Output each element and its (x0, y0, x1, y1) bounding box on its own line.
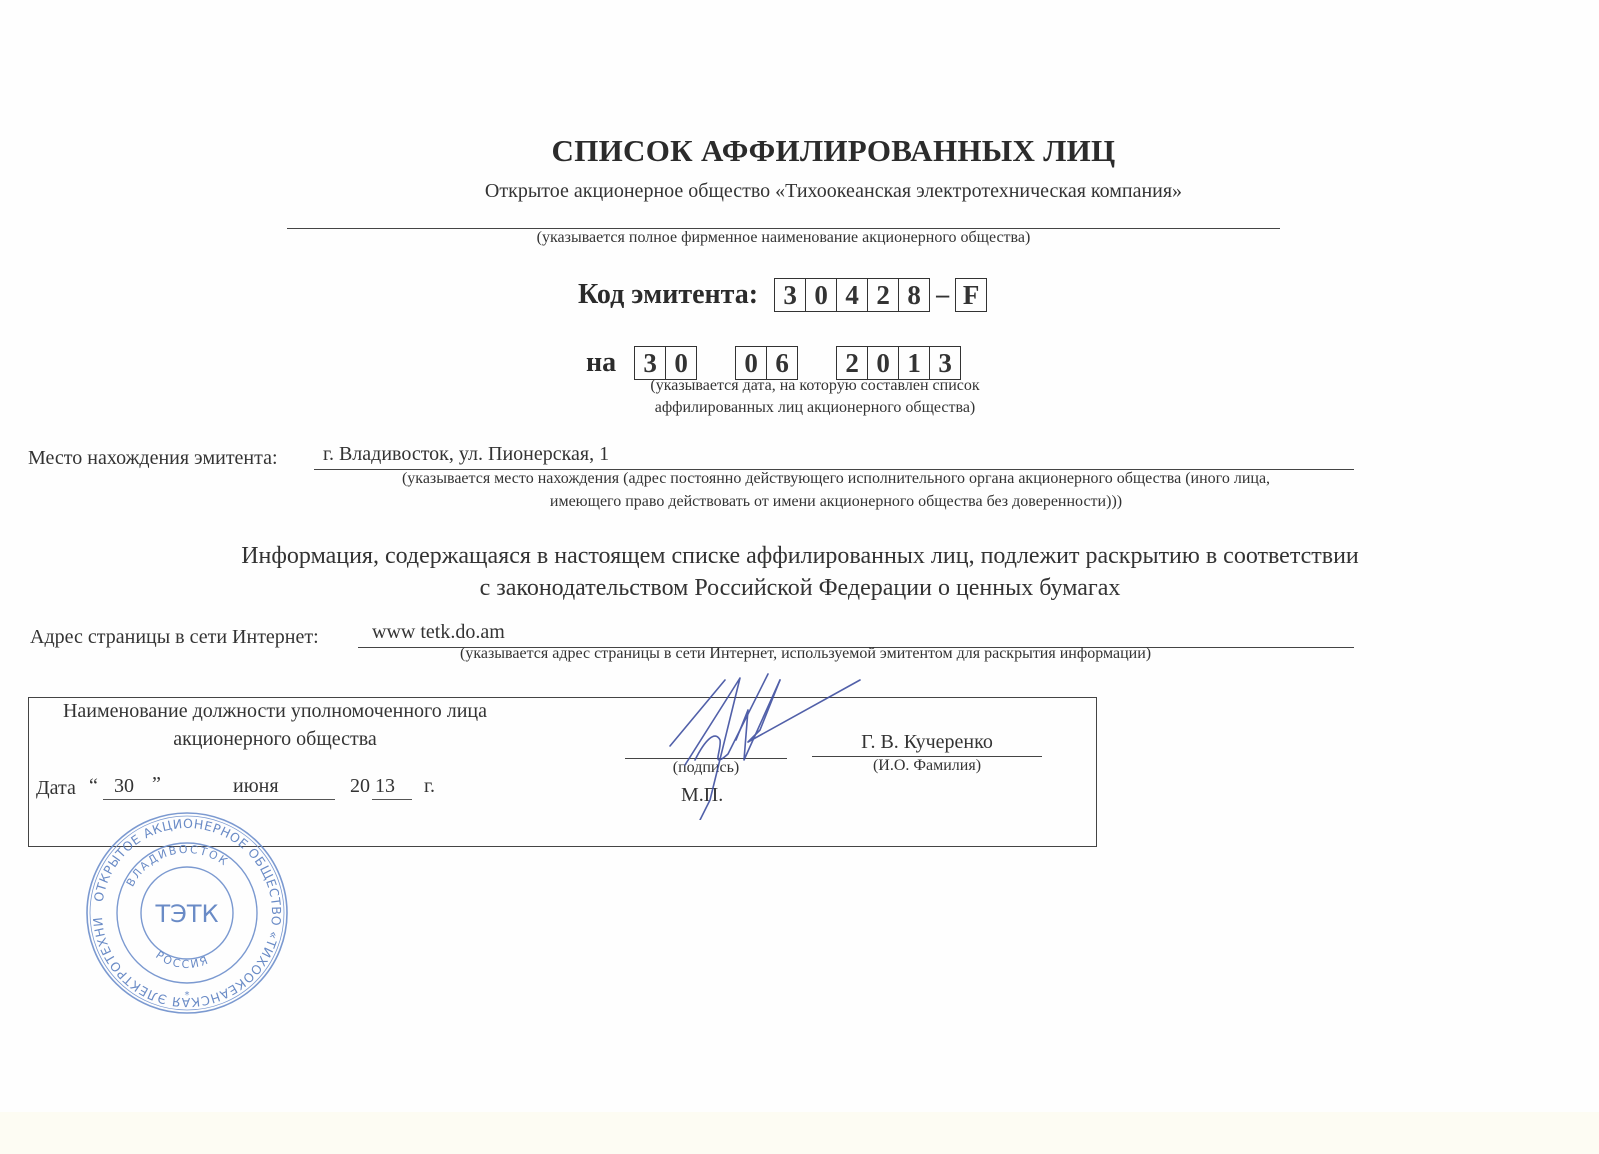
company-name: Открытое акционерное общество «Тихоокеан… (0, 180, 1599, 203)
date-underline (103, 799, 335, 800)
issuer-code-digit: 2 (868, 279, 899, 311)
position-label: Наименование должности уполномоченного л… (30, 697, 520, 753)
issuer-code-suffix-box: F (955, 278, 987, 312)
issuer-code-separator: – (936, 280, 949, 310)
website-value: www tetk.do.am (372, 621, 505, 644)
as-of-date-hint: (указывается дата, на которую составлен … (605, 375, 1025, 419)
website-hint: (указывается адрес страницы в сети Интер… (460, 645, 1151, 663)
issuer-code-digit: 3 (775, 279, 806, 311)
year-unit: г. (424, 775, 435, 798)
issuer-code-digit: 4 (837, 279, 868, 311)
date-label: Дата (36, 777, 76, 800)
handwritten-signature-icon (640, 670, 880, 820)
website-label: Адрес страницы в сети Интернет: (30, 626, 319, 649)
year-prefix: 20 (350, 775, 370, 798)
year-suffix: 13 (375, 775, 395, 798)
location-hint-line: имеющего право действовать от имени акци… (316, 490, 1356, 513)
location-hint: (указывается место нахождения (адрес пос… (316, 467, 1356, 513)
issuer-code-digit: 0 (806, 279, 837, 311)
issuer-code-digits: 3 0 4 2 8 (774, 278, 930, 312)
document-title: СПИСОК АФФИЛИРОВАННЫХ ЛИЦ (0, 133, 1599, 169)
location-hint-line: (указывается место нахождения (адрес пос… (316, 467, 1356, 490)
date-close-quote: ” (152, 773, 161, 796)
svg-text:*: * (185, 990, 190, 1001)
location-value: г. Владивосток, ул. Пионерская, 1 (323, 443, 609, 466)
disclosure-notice: Информация, содержащаяся в настоящем спи… (170, 540, 1430, 604)
location-label: Место нахождения эмитента: (28, 447, 278, 470)
date-open-quote: “ (89, 775, 98, 798)
as-of-date-hint-line: аффилированных лиц акционерного общества… (605, 397, 1025, 419)
disclosure-notice-line: с законодательством Российской Федерации… (170, 572, 1430, 604)
date-month: июня (233, 775, 279, 798)
as-of-date-hint-line: (указывается дата, на которую составлен … (605, 375, 1025, 397)
issuer-code-row: Код эмитента: 3 0 4 2 8 – F (578, 275, 987, 315)
position-label-line: Наименование должности уполномоченного л… (30, 697, 520, 725)
issuer-code-label: Код эмитента: (578, 279, 758, 311)
year-underline (372, 799, 412, 800)
disclosure-notice-line: Информация, содержащаяся в настоящем спи… (170, 540, 1430, 572)
company-seal-icon: ОТКРЫТОЕ АКЦИОНЕРНОЕ ОБЩЕСТВО «ТИХООКЕАН… (82, 808, 292, 1018)
paper-edge-band (0, 1112, 1599, 1154)
date-day: 30 (114, 775, 134, 798)
company-name-hint: (указывается полное фирменное наименован… (287, 229, 1280, 247)
svg-text:ВЛАДИВОСТОК: ВЛАДИВОСТОК (124, 843, 231, 889)
svg-text:РОССИЯ: РОССИЯ (153, 948, 211, 971)
svg-text:ТЭТК: ТЭТК (154, 900, 218, 928)
issuer-code-suffix: F (956, 279, 986, 311)
position-label-line: акционерного общества (30, 725, 520, 753)
issuer-code-digit: 8 (899, 279, 929, 311)
